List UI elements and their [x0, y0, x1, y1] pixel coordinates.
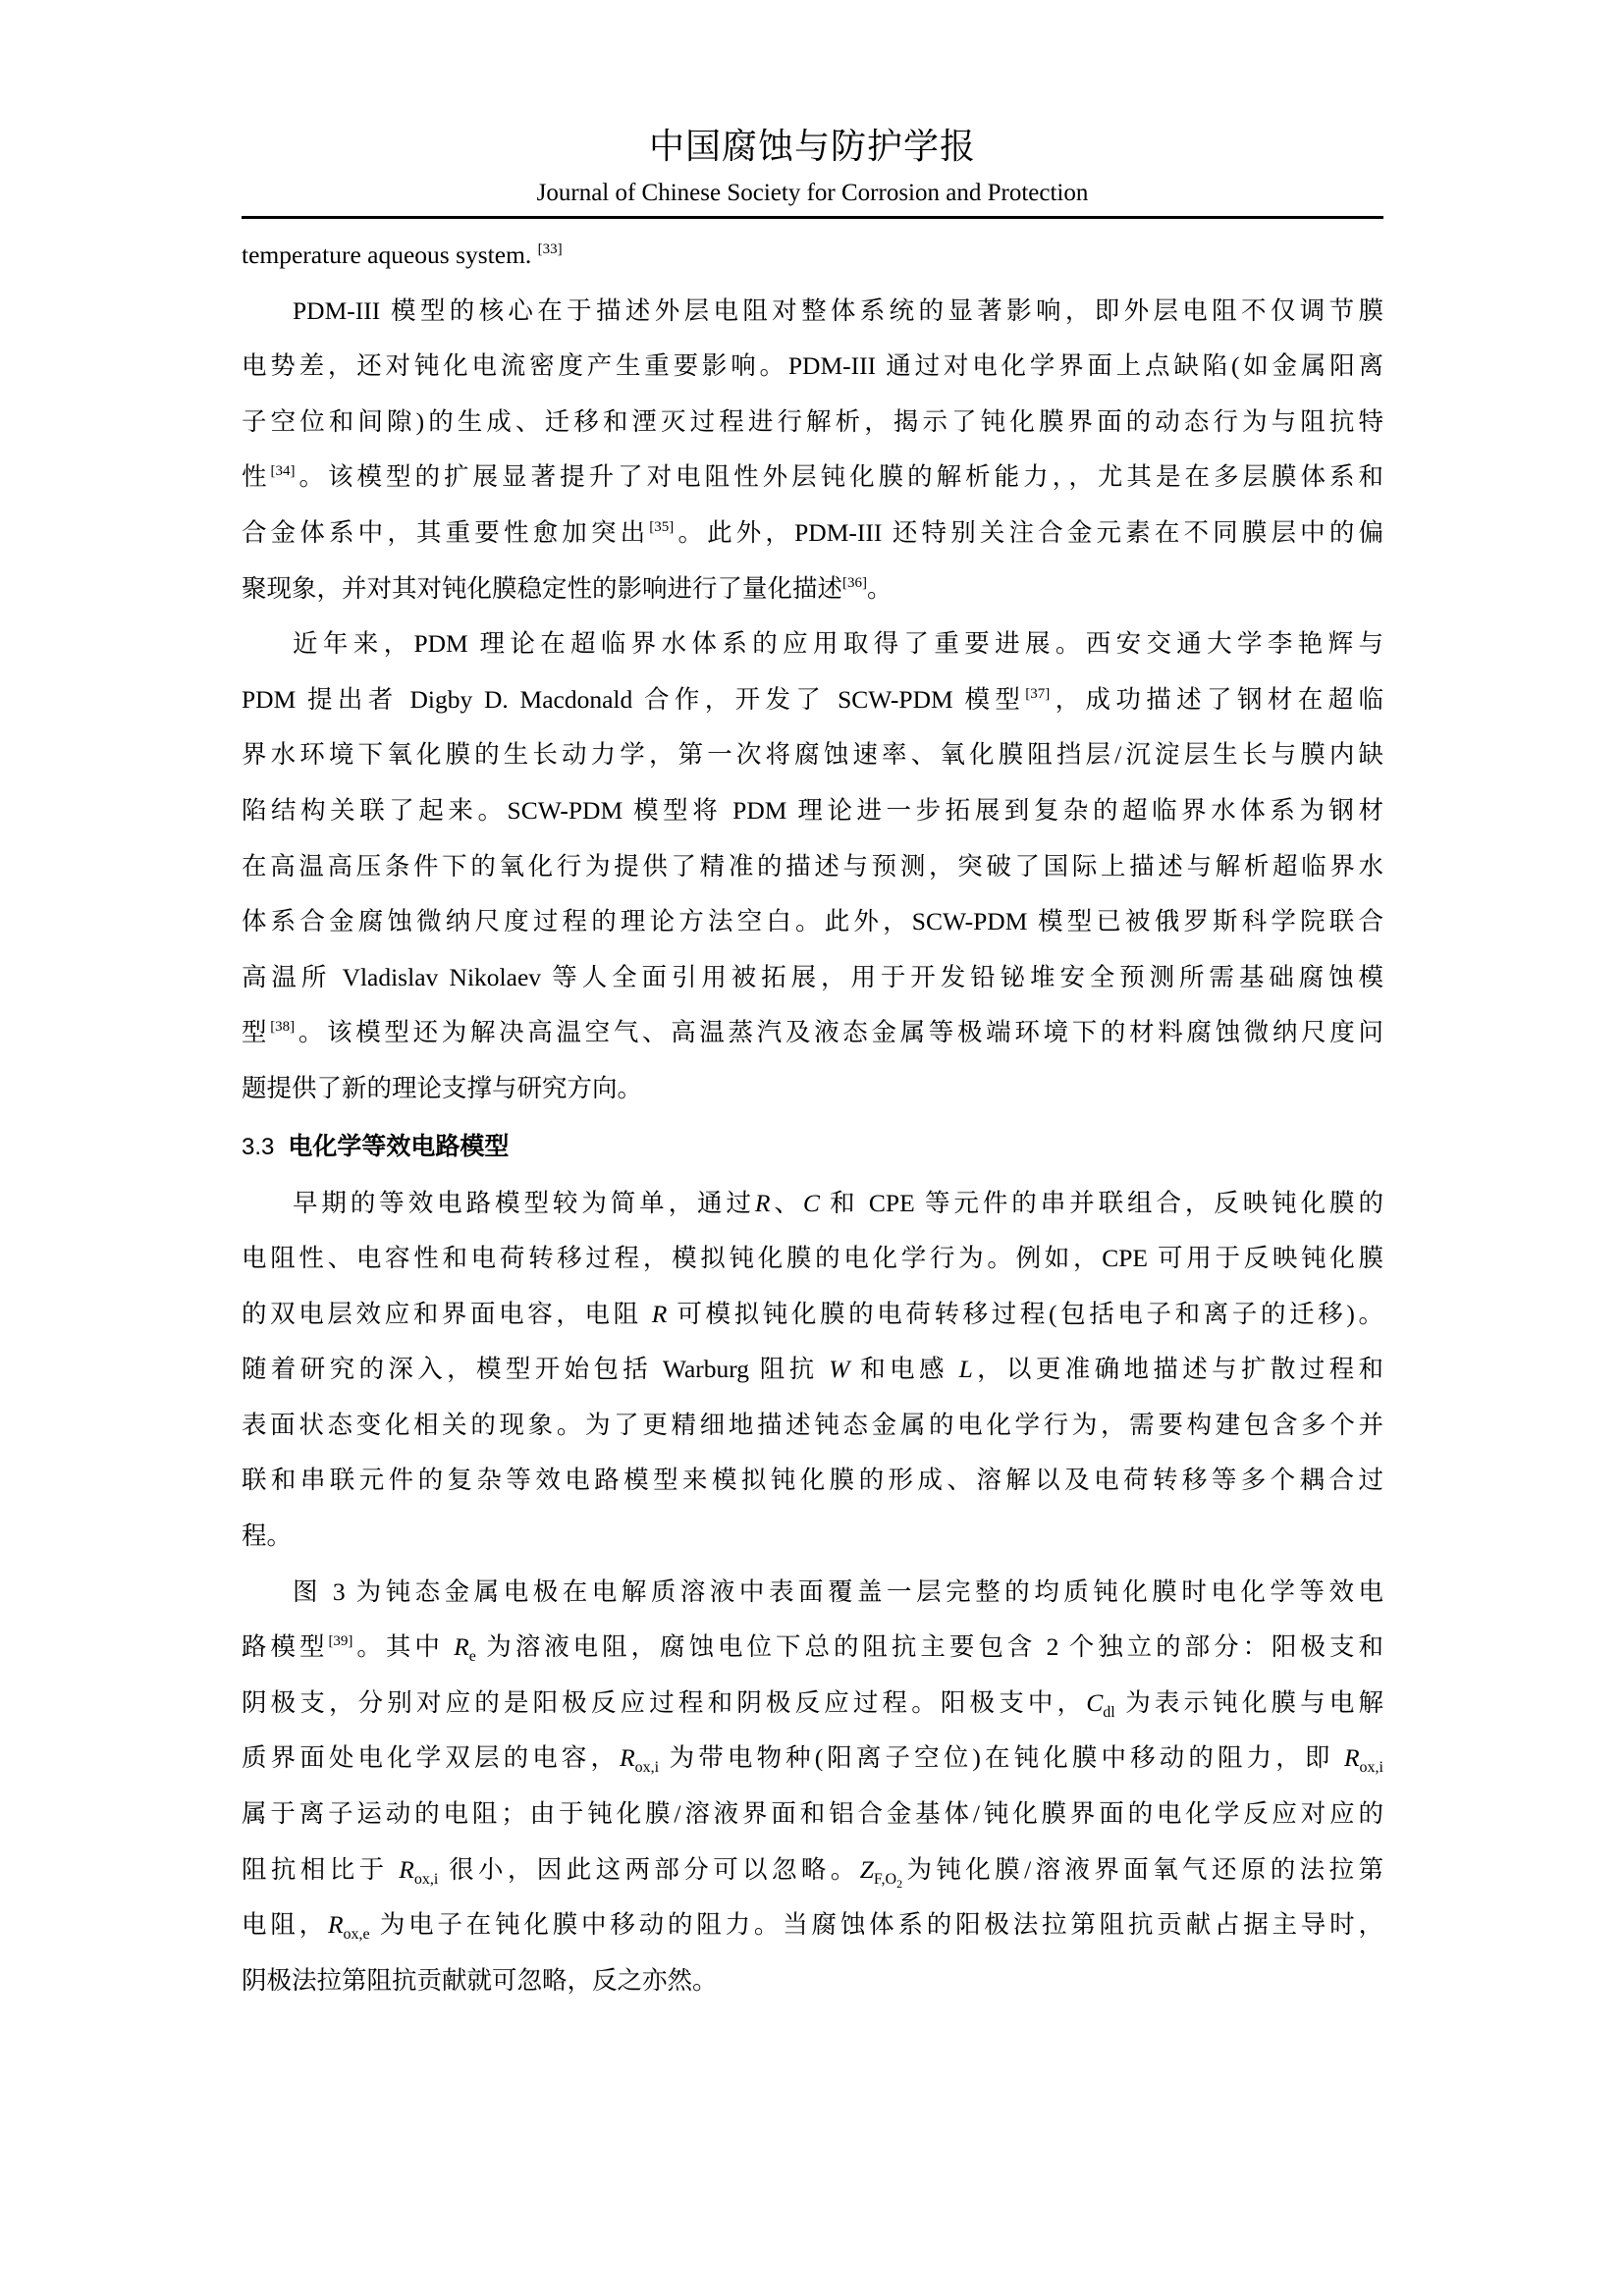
symbol-R: R — [399, 1855, 414, 1884]
text-line: 聚现象，并对其对钝化膜稳定性的影响进行了量化描述[36]。 — [242, 561, 1383, 617]
citation-ref: [33] — [538, 241, 563, 257]
symbol-C: C — [803, 1189, 820, 1217]
text-span: 性 — [242, 462, 271, 491]
text-span: temperature aqueous system. — [242, 240, 538, 269]
subscript: dl — [1103, 1704, 1114, 1721]
text-line: 路模型[39]。其中 Re 为溶液电阻，腐蚀电位下总的阻抗主要包含 2 个独立的… — [242, 1620, 1383, 1676]
text-span: 为表示钝化膜与电解 — [1115, 1688, 1383, 1717]
symbol-R: R — [454, 1632, 469, 1661]
text-line: 型[38]。该模型还为解决高温空气、高温蒸汽及液态金属等极端环境下的材料腐蚀微纳… — [242, 1005, 1383, 1061]
text-line: 阴极法拉第阻抗贡献就可忽略，反之亦然。 — [242, 1953, 1383, 2009]
symbol-L: L — [959, 1355, 973, 1383]
text-span: 质界面处电化学双层的电容， — [242, 1743, 620, 1772]
symbol-R: R — [1344, 1743, 1360, 1772]
text-span: 可模拟钝化膜的电荷转移过程(包括电子和离子的迁移)。 — [667, 1300, 1383, 1328]
section-title: 电化学等效电路模型 — [288, 1132, 509, 1160]
text-line: 陷结构关联了起来。SCW-PDM 模型将 PDM 理论进一步拓展到复杂的超临界水… — [242, 783, 1383, 839]
text-line: PDM-III 模型的核心在于描述外层电阻对整体系统的显著影响，即外层电阻不仅调… — [242, 284, 1383, 340]
text-span: 。 — [867, 574, 893, 603]
text-span: 聚现象，并对其对钝化膜稳定性的影响进行了量化描述 — [242, 574, 842, 603]
symbol-R: R — [652, 1300, 668, 1328]
text-span: ，以更准确地描述与扩散过程和 — [973, 1355, 1383, 1383]
text-line: 图 3 为钝态金属电极在电解质溶液中表面覆盖一层完整的均质钝化膜时电化学等效电 — [242, 1565, 1383, 1621]
text-span: 型 — [242, 1018, 270, 1046]
text-span: 电阻， — [242, 1910, 328, 1939]
text-line: 质界面处电化学双层的电容，Rox,i 为带电物种(阳离子空位)在钝化膜中移动的阻… — [242, 1731, 1383, 1787]
symbol-R: R — [755, 1189, 771, 1217]
text-span: 和 CPE 等元件的串并联组合，反映钝化膜的 — [820, 1189, 1383, 1217]
text-span: 早期的等效电路模型较为简单，通过 — [293, 1189, 755, 1217]
subscript: F,O2 — [874, 1871, 902, 1888]
paragraph-equivalent-circuit-early: 早期的等效电路模型较为简单，通过R、C 和 CPE 等元件的串并联组合，反映钝化… — [242, 1176, 1383, 1565]
text-line: 表面状态变化相关的现象。为了更精细地描述钝态金属的电化学行为，需要构建包含多个并 — [242, 1398, 1383, 1454]
text-line: 近年来，PDM 理论在超临界水体系的应用取得了重要进展。西安交通大学李艳辉与 — [242, 616, 1383, 672]
text-span: 。此外，PDM-III 还特别关注合金元素在不同膜层中的偏 — [674, 518, 1383, 547]
text-line: 电阻，Rox,e 为电子在钝化膜中移动的阻力。当腐蚀体系的阳极法拉第阻抗贡献占据… — [242, 1897, 1383, 1953]
symbol-Z: Z — [860, 1855, 874, 1884]
text-span: 、 — [770, 1189, 802, 1217]
text-span: 随着研究的深入，模型开始包括 Warburg 阻抗 — [242, 1355, 829, 1383]
text-span: 的双电层效应和界面电容，电阻 — [242, 1300, 652, 1328]
text-span: 路模型 — [242, 1632, 328, 1661]
citation-ref: [39] — [328, 1633, 352, 1649]
text-span: 。其中 — [352, 1632, 454, 1661]
text-line: 阴极支，分别对应的是阳极反应过程和阴极反应过程。阳极支中，Cdl 为表示钝化膜与… — [242, 1676, 1383, 1732]
paragraph-pdm-iii: PDM-III 模型的核心在于描述外层电阻对整体系统的显著影响，即外层电阻不仅调… — [242, 284, 1383, 617]
text-span: 阴极支，分别对应的是阳极反应过程和阴极反应过程。阳极支中， — [242, 1688, 1086, 1717]
subscript: ox,i — [635, 1759, 659, 1776]
citation-ref: [36] — [842, 575, 867, 591]
subscript: ox,e — [344, 1926, 370, 1943]
paragraph-figure3-description: 图 3 为钝态金属电极在电解质溶液中表面覆盖一层完整的均质钝化膜时电化学等效电 … — [242, 1565, 1383, 2009]
citation-ref: [38] — [270, 1019, 295, 1035]
journal-title-chinese: 中国腐蚀与防护学报 — [242, 126, 1383, 169]
text-span: 为电子在钝化膜中移动的阻力。当腐蚀体系的阳极法拉第阻抗贡献占据主导时， — [370, 1910, 1383, 1939]
text-span: 为带电物种(阳离子空位)在钝化膜中移动的阻力，即 — [659, 1743, 1344, 1772]
text-span: 合金体系中，其重要性愈加突出 — [242, 518, 649, 547]
text-span: ，成功描述了钢材在超临 — [1050, 685, 1383, 714]
subscript-text: F,O — [874, 1871, 896, 1888]
text-line: 界水环境下氧化膜的生长动力学，第一次将腐蚀速率、氧化膜阻挡层/沉淀层生长与膜内缺 — [242, 727, 1383, 783]
text-line: PDM 提出者 Digby D. Macdonald 合作，开发了 SCW-PD… — [242, 672, 1383, 728]
citation-ref: [35] — [649, 519, 674, 535]
text-span: 为钝化膜/溶液界面氧气还原的法拉第 — [902, 1855, 1383, 1884]
subscript: e — [469, 1648, 476, 1665]
text-line: 程。 — [242, 1509, 1383, 1565]
text-span: 阻抗相比于 — [242, 1855, 399, 1884]
symbol-C: C — [1086, 1688, 1103, 1717]
paragraph-scw-pdm: 近年来，PDM 理论在超临界水体系的应用取得了重要进展。西安交通大学李艳辉与 P… — [242, 616, 1383, 1116]
text-line: 性[34]。该模型的扩展显著提升了对电阻性外层钝化膜的解析能力，，尤其是在多层膜… — [242, 450, 1383, 506]
symbol-W: W — [829, 1355, 849, 1383]
text-line: 电势差，还对钝化电流密度产生重要影响。PDM-III 通过对电化学界面上点缺陷(… — [242, 339, 1383, 395]
text-line: 电阻性、电容性和电荷转移过程，模拟钝化膜的电化学行为。例如，CPE 可用于反映钝… — [242, 1231, 1383, 1287]
text-line: 题提供了新的理论支撑与研究方向。 — [242, 1061, 1383, 1117]
article-body: temperature aqueous system. [33] PDM-III… — [242, 228, 1383, 2008]
symbol-R: R — [328, 1910, 344, 1939]
text-line: 阻抗相比于 Rox,i 很小，因此这两部分可以忽略。ZF,O2为钝化膜/溶液界面… — [242, 1842, 1383, 1898]
document-page: 中国腐蚀与防护学报 Journal of Chinese Society for… — [0, 0, 1624, 2296]
header-divider — [242, 216, 1383, 219]
text-line: 合金体系中，其重要性愈加突出[35]。此外，PDM-III 还特别关注合金元素在… — [242, 506, 1383, 561]
text-line: 属于离子运动的电阻；由于钝化膜/溶液界面和铝合金基体/钝化膜界面的电化学反应对应… — [242, 1787, 1383, 1842]
paragraph-continuation: temperature aqueous system. [33] — [242, 228, 1383, 284]
subscript: ox,i — [414, 1871, 438, 1888]
citation-ref: [37] — [1025, 686, 1050, 702]
text-span: 。该模型还为解决高温空气、高温蒸汽及液态金属等极端环境下的材料腐蚀微纳尺度问 — [295, 1018, 1383, 1046]
text-line: 的双电层效应和界面电容，电阻 R 可模拟钝化膜的电荷转移过程(包括电子和离子的迁… — [242, 1287, 1383, 1343]
text-line: 高温所 Vladislav Nikolaev 等人全面引用被拓展，用于开发铅铋堆… — [242, 950, 1383, 1006]
subscript: ox,i — [1360, 1759, 1383, 1776]
section-number: 3.3 — [242, 1134, 274, 1160]
text-span: 。该模型的扩展显著提升了对电阻性外层钝化膜的解析能力，，尤其是在多层膜体系和 — [296, 462, 1383, 491]
journal-title-english: Journal of Chinese Society for Corrosion… — [242, 179, 1383, 208]
text-line: 体系合金腐蚀微纳尺度过程的理论方法空白。此外，SCW-PDM 模型已被俄罗斯科学… — [242, 894, 1383, 950]
text-span: 和电感 — [850, 1355, 959, 1383]
section-heading: 3.3电化学等效电路模型 — [242, 1117, 1383, 1176]
text-line: 早期的等效电路模型较为简单，通过R、C 和 CPE 等元件的串并联组合，反映钝化… — [242, 1176, 1383, 1232]
symbol-R: R — [620, 1743, 635, 1772]
text-line: 联和串联元件的复杂等效电路模型来模拟钝化膜的形成、溶解以及电荷转移等多个耦合过 — [242, 1453, 1383, 1509]
text-line: 随着研究的深入，模型开始包括 Warburg 阻抗 W 和电感 L，以更准确地描… — [242, 1342, 1383, 1398]
citation-ref: [34] — [271, 463, 296, 479]
text-span: 为溶液电阻，腐蚀电位下总的阻抗主要包含 2 个独立的部分：阳极支和 — [476, 1632, 1383, 1661]
text-span: 很小，因此这两部分可以忽略。 — [438, 1855, 859, 1884]
text-line: 在高温高压条件下的氧化行为提供了精准的描述与预测，突破了国际上描述与解析超临界水 — [242, 839, 1383, 895]
text-span: PDM 提出者 Digby D. Macdonald 合作，开发了 SCW-PD… — [242, 685, 1025, 714]
text-line: 子空位和间隙)的生成、迁移和湮灭过程进行解析，揭示了钝化膜界面的动态行为与阻抗特 — [242, 395, 1383, 451]
